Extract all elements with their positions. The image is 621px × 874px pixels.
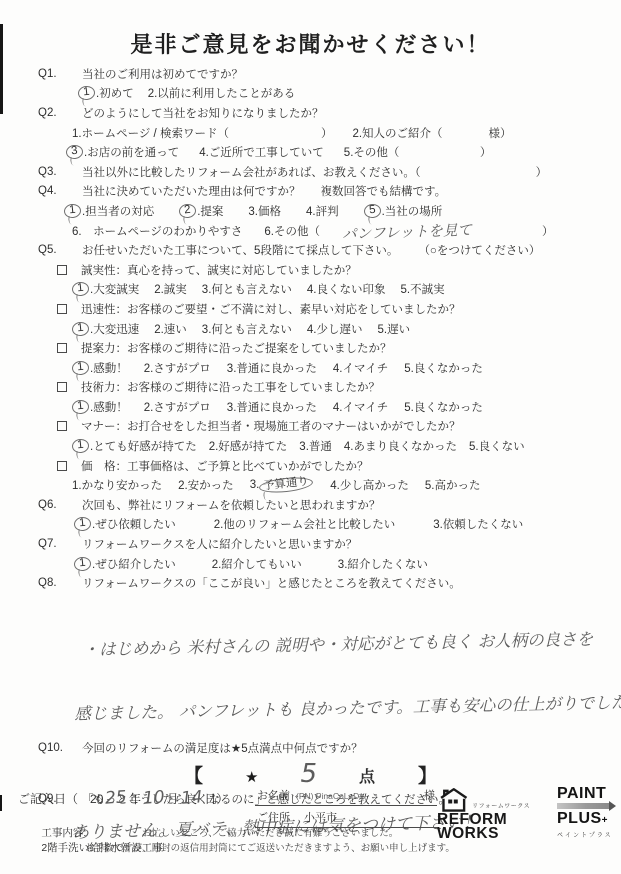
- option: 3.何とも言えない: [202, 281, 292, 297]
- option-other-close: ）: [542, 223, 554, 239]
- month-unit: 月: [167, 790, 179, 807]
- q5-criterion-options: 1.大変迅速 2.速い 3.何とも言えない 4.少し遅い 5.遅い: [72, 319, 621, 339]
- option: 5.不誠実: [400, 281, 444, 297]
- option: 4.あまり良くなかった: [344, 438, 457, 454]
- option: 5.遅い: [377, 321, 410, 337]
- option: 5.その他（ ）: [344, 144, 492, 160]
- q5-criterion-row: 誠実性：真心を持って、誠実に対応していましたか？: [57, 260, 621, 280]
- handwritten-line: ・はじめから 米村さんの 説明や・対応がとても良く お人柄の良さを: [82, 630, 593, 660]
- q5-criterion-options: 1.感動！ 2.さすがプロ 3.普通に良かった 4.イマイチ 5.良くなかった: [72, 397, 621, 417]
- q6-options: 1.ぜひ依頼したい 2.他のリフォーム会社と比較したい 3.依頼したくない: [74, 515, 621, 535]
- q8-question: リフォームワークスの「ここが良い」と感じたところを教えてください。: [82, 575, 461, 591]
- brush-stroke-arrow-icon: [557, 803, 609, 809]
- handwritten-circle-mark: 1: [73, 517, 91, 533]
- checkbox-icon: [57, 265, 67, 275]
- house-icon: [437, 786, 469, 813]
- q5-criterion-row: 技術力：お客様のご期待に沿った工事をしていましたか？: [57, 378, 621, 398]
- option: 1.大変誠実: [72, 281, 139, 297]
- option-text: .大変誠実: [90, 281, 139, 297]
- plus-icon: +: [602, 815, 608, 826]
- option-text: .提案: [197, 203, 223, 219]
- option: 1.ホームページ / 検索ワード（ ）: [72, 125, 332, 141]
- name-label: お名前: [257, 787, 290, 803]
- q5-criterion-options: 1.とても好感が持てた 2.好感が持てた 3.普通 4.あまり良くなかった 5.…: [72, 436, 621, 456]
- checkbox-icon: [57, 421, 67, 431]
- criterion-name: 迅速性：お客様のご要望・ご不満に対し、素早い対応をしていましたか？: [81, 301, 461, 317]
- option: 3.普通: [299, 438, 332, 454]
- q5-criterion-row: 迅速性：お客様のご要望・ご不満に対し、素早い対応をしていましたか？: [57, 299, 621, 319]
- q2-options-line2: 3.お店の前を通って 4.ご近所で工事していて 5.その他（ ）: [66, 142, 621, 162]
- handwritten-circle-mark: 1: [77, 86, 95, 102]
- date-prefix: （ 20: [66, 790, 103, 807]
- name-row: お名前 (PN) PinaCoLaDa 様: [255, 784, 437, 806]
- option: 2.以前に利用したことがある: [148, 85, 296, 101]
- q7-label: Q7.: [38, 538, 82, 550]
- survey-document: 是非ご意見をお聞かせください！ Q1. 当社のご利用は初めてですか？ 1.初めて…: [0, 0, 621, 874]
- option: 3.価格: [248, 203, 281, 219]
- option: 4.イマイチ: [333, 399, 388, 415]
- q5-criterion-options: 1.かなり安かった 2.安かった 3.予算通り 4.少し高かった 5.高かった: [72, 475, 621, 495]
- q2-label: Q2.: [38, 107, 82, 119]
- thanks-line-2: お手数ですが、同封の返信用封筒にてご返送いただきますよう、お願い申し上げます。: [0, 841, 540, 856]
- paint-plus-logo: PAINT PLUS+ ペイントプラス: [557, 786, 621, 839]
- handwritten-day: 14: [180, 787, 203, 808]
- option: 5.当社の場所: [364, 203, 443, 219]
- option: 4.ご近所で工事していて: [199, 144, 324, 160]
- option: 2.安かった: [178, 477, 234, 493]
- date-label: ご記入日: [18, 790, 66, 807]
- option: 1.感動！: [72, 399, 128, 415]
- checkbox-icon: [57, 343, 67, 353]
- q4-options-line2: 6. ホームページのわかりやすさ 6.その他（ パンフレットを見て ）: [72, 221, 621, 241]
- q7-question-row: Q7. リフォームワークスを人に紹介したいと思いますか？: [0, 534, 621, 554]
- option-text: .感動！: [90, 360, 128, 376]
- option: 1.ぜひ紹介したい: [74, 556, 176, 572]
- paint-plus-text-1: PAINT: [557, 786, 621, 801]
- option-text: .当社の場所: [382, 203, 443, 219]
- q7-question: リフォームワークスを人に紹介したいと思いますか？: [82, 536, 357, 552]
- q1-label: Q1.: [38, 68, 82, 80]
- page-title: 是非ご意見をお聞かせください！: [0, 28, 621, 59]
- q1-question: 当社のご利用は初めてですか？: [82, 66, 243, 82]
- checkbox-icon: [57, 382, 67, 392]
- handwritten-month: 10: [142, 787, 165, 808]
- option: 1.感動！: [72, 360, 128, 376]
- handwritten-circle-mark: 予算通り: [259, 475, 314, 495]
- option: 1.担当者の対応: [64, 203, 154, 219]
- name-honorific: 様: [424, 787, 435, 803]
- option: 3.何とも言えない: [202, 321, 292, 337]
- option-text: .ぜひ紹介したい: [92, 556, 176, 572]
- question-list: Q1. 当社のご利用は初めてですか？ 1.初めて 2.以前に利用したことがある …: [0, 64, 621, 836]
- option: 5.高かった: [425, 477, 481, 493]
- q7-options: 1.ぜひ紹介したい 2.紹介してもいい 3.紹介したくない: [74, 554, 621, 574]
- q5-note: （○をつけてください）: [418, 242, 540, 258]
- q4-question-row: Q4. 当社に決めていただいた理由は何ですか？ 複数回答でも結構です。: [0, 182, 621, 202]
- q3-label: Q3.: [38, 166, 82, 178]
- q5-criterion-row: 価 格：工事価格は、ご予算と比べていかがでしたか？: [57, 456, 621, 476]
- q5-label: Q5.: [38, 244, 82, 256]
- q5-criterion-row: マナー：お打合せをした担当者・現場施工者のマナーはいかがでしたか？: [57, 417, 621, 437]
- option: 6. ホームページのわかりやすさ: [72, 223, 242, 239]
- option: 5.良くない: [469, 438, 525, 454]
- checkbox-icon: [57, 461, 67, 471]
- option-text: .初めて: [96, 85, 134, 101]
- option: 1.ぜひ依頼したい: [74, 516, 176, 532]
- option: 3.普通に良かった: [227, 399, 317, 415]
- entry-date-row: ご記入日 （ 20 25 年 10 月 14 日）: [18, 788, 253, 808]
- option: 5.良くなかった: [404, 360, 483, 376]
- option-text: .感動！: [90, 399, 128, 415]
- option: 4.評判: [306, 203, 339, 219]
- handwritten-circle-mark: 1: [63, 203, 81, 219]
- q10-question: 今回のリフォームの満足度は★5点満点中何点ですか？: [82, 740, 363, 756]
- footer-section: ご記入日 （ 20 25 年 10 月 14 日） 工事内容: 2階手洗い給排水…: [0, 782, 621, 874]
- option-text: .大変迅速: [90, 321, 139, 337]
- option-text: .とても好感が持てた: [90, 438, 197, 454]
- address-value: 小平市: [304, 809, 337, 825]
- paint-plus-katakana: ペイントプラス: [557, 830, 621, 839]
- thanks-line-1: お忙しいところ、ご協力いただき誠に有難うございました。: [0, 826, 540, 841]
- criterion-name: 誠実性：真心を持って、誠実に対応していましたか？: [81, 262, 357, 278]
- option: 1.初めて: [78, 85, 134, 101]
- q3-question: 当社以外に比較したリフォーム会社があれば、お教えください。（ ）: [82, 164, 547, 180]
- address-row: ご住所 小平市: [255, 806, 437, 828]
- option: 1.大変迅速: [72, 321, 139, 337]
- q4-label: Q4.: [38, 185, 82, 197]
- criterion-name: 提案力：お客様のご期待に沿ったご提案をしていましたか？: [81, 340, 392, 356]
- q10-question-row: Q10. 今回のリフォームの満足度は★5点満点中何点ですか？: [0, 738, 621, 758]
- option: 2.紹介してもいい: [212, 556, 302, 572]
- q5-criterion-options: 1.大変誠実 2.誠実 3.何とも言えない 4.良くない印象 5.不誠実: [72, 280, 621, 300]
- q2-options-line1: 1.ホームページ / 検索ワード（ ） 2.知人のご紹介（ 様）: [72, 123, 621, 143]
- option: 3.紹介したくない: [338, 556, 428, 572]
- thanks-message: お忙しいところ、ご協力いただき誠に有難うございました。 お手数ですが、同封の返信…: [0, 826, 540, 856]
- option: 2.さすがプロ: [144, 399, 211, 415]
- option: 4.イマイチ: [333, 360, 388, 376]
- q5-criterion-options: 1.感動！ 2.さすがプロ 3.普通に良かった 4.イマイチ 5.良くなかった: [72, 358, 621, 378]
- option: 3.お店の前を通って: [66, 144, 179, 160]
- footer-middle: お名前 (PN) PinaCoLaDa 様 ご住所 小平市: [255, 784, 437, 828]
- checkbox-icon: [57, 304, 67, 314]
- option-text: .ぜひ依頼したい: [92, 516, 176, 532]
- handwritten-year: 25: [105, 787, 128, 808]
- option: 1.とても好感が持てた: [72, 438, 197, 454]
- option: 5.良くなかった: [404, 399, 483, 415]
- handwritten-circle-mark: 2: [179, 203, 197, 219]
- q5-criterion-row: 提案力：お客様のご期待に沿ったご提案をしていましたか？: [57, 338, 621, 358]
- criterion-name: 価 格：工事価格は、ご予算と比べていかがでしたか？: [81, 458, 369, 474]
- option: 4.良くない印象: [307, 281, 386, 297]
- handwritten-line: 感じました。 パンフレットも 良かったです。工事も安心の仕上がりでした。: [52, 687, 621, 731]
- criterion-name: マナー：お打合せをした担当者・現場施工者のマナーはいかがでしたか？: [81, 418, 461, 434]
- handwritten-circle-mark: 1: [71, 438, 89, 454]
- q8-question-row: Q8. リフォームワークスの「ここが良い」と感じたところを教えてください。: [0, 573, 621, 593]
- q10-section: Q10. 今回のリフォームの満足度は★5点満点中何点ですか？ 【 ★ 5 点 】: [0, 738, 621, 788]
- option-other-label: 6.その他（: [264, 223, 320, 239]
- q5-question-row: Q5. お任せいただいた工事について、5段階にて採点して下さい。 （○をつけてく…: [0, 240, 621, 260]
- q5-question: お任せいただいた工事について、5段階にて採点して下さい。: [82, 242, 398, 258]
- option: 2.さすがプロ: [144, 360, 211, 376]
- q4-question: 当社に決めていただいた理由は何ですか？: [82, 183, 301, 199]
- day-unit: 日）: [204, 790, 228, 807]
- name-value: (PN) PinaCoLaDa: [296, 791, 364, 801]
- option-text: .担当者の対応: [82, 203, 154, 219]
- criterion-name: 技術力：お客様のご期待に沿った工事をしていましたか？: [81, 379, 380, 395]
- option: 3.依頼したくない: [433, 516, 523, 532]
- q1-options: 1.初めて 2.以前に利用したことがある: [78, 84, 621, 104]
- q4-options-line1: 1.担当者の対応 2.提案 3.価格 4.評判 5.当社の場所: [64, 201, 621, 221]
- handwritten-circle-mark: 3: [65, 144, 83, 160]
- q1-question-row: Q1. 当社のご利用は初めてですか？: [0, 64, 621, 84]
- option: 4.少し高かった: [330, 477, 409, 493]
- handwritten-circle-mark: 5: [363, 203, 381, 219]
- option: 3.普通に良かった: [227, 360, 317, 376]
- q8-label: Q8.: [38, 577, 82, 589]
- handwritten-score: 5: [300, 764, 317, 784]
- option: 2.知人のご紹介（ 様）: [352, 125, 511, 141]
- q3-question-row: Q3. 当社以外に比較したリフォーム会社があれば、お教えください。（ ）: [0, 162, 621, 182]
- q10-label: Q10.: [38, 742, 82, 754]
- option: 2.速い: [154, 321, 187, 337]
- year-unit: 年: [129, 790, 141, 807]
- q2-question-row: Q2. どのようにして当社をお知りになりましたか？: [0, 103, 621, 123]
- option: 1.かなり安かった: [72, 477, 162, 493]
- address-label: ご住所: [257, 809, 290, 825]
- q4-note: 複数回答でも結構です。: [321, 183, 447, 199]
- option: 2.他のリフォーム会社と比較したい: [214, 516, 396, 532]
- q6-question-row: Q6. 次回も、弊社にリフォームを依頼したいと思われますか？: [0, 495, 621, 515]
- q6-question: 次回も、弊社にリフォームを依頼したいと思われますか？: [82, 497, 380, 513]
- reform-works-logo-top: リフォームワークス: [437, 786, 543, 813]
- q2-question: どのようにして当社をお知りになりましたか？: [82, 105, 324, 121]
- handwritten-circle-mark: 1: [71, 399, 89, 415]
- handwritten-circle-mark: 1: [73, 556, 91, 572]
- option: 2.好感が持てた: [209, 438, 288, 454]
- option-text: .お店の前を通って: [84, 144, 179, 160]
- paint-plus-word: PLUS: [557, 810, 602, 827]
- option: 3.予算通り: [250, 478, 315, 492]
- handwritten-circle-mark: 1: [71, 281, 89, 297]
- option: 4.少し遅い: [307, 321, 363, 337]
- handwritten-circle-mark: 1: [71, 321, 89, 337]
- q6-label: Q6.: [38, 499, 82, 511]
- option: 2.誠実: [154, 281, 187, 297]
- paint-plus-text-2: PLUS+: [557, 811, 621, 828]
- option: 2.提案: [179, 203, 223, 219]
- option-text: 3.: [250, 479, 260, 491]
- handwritten-circle-mark: 1: [71, 360, 89, 376]
